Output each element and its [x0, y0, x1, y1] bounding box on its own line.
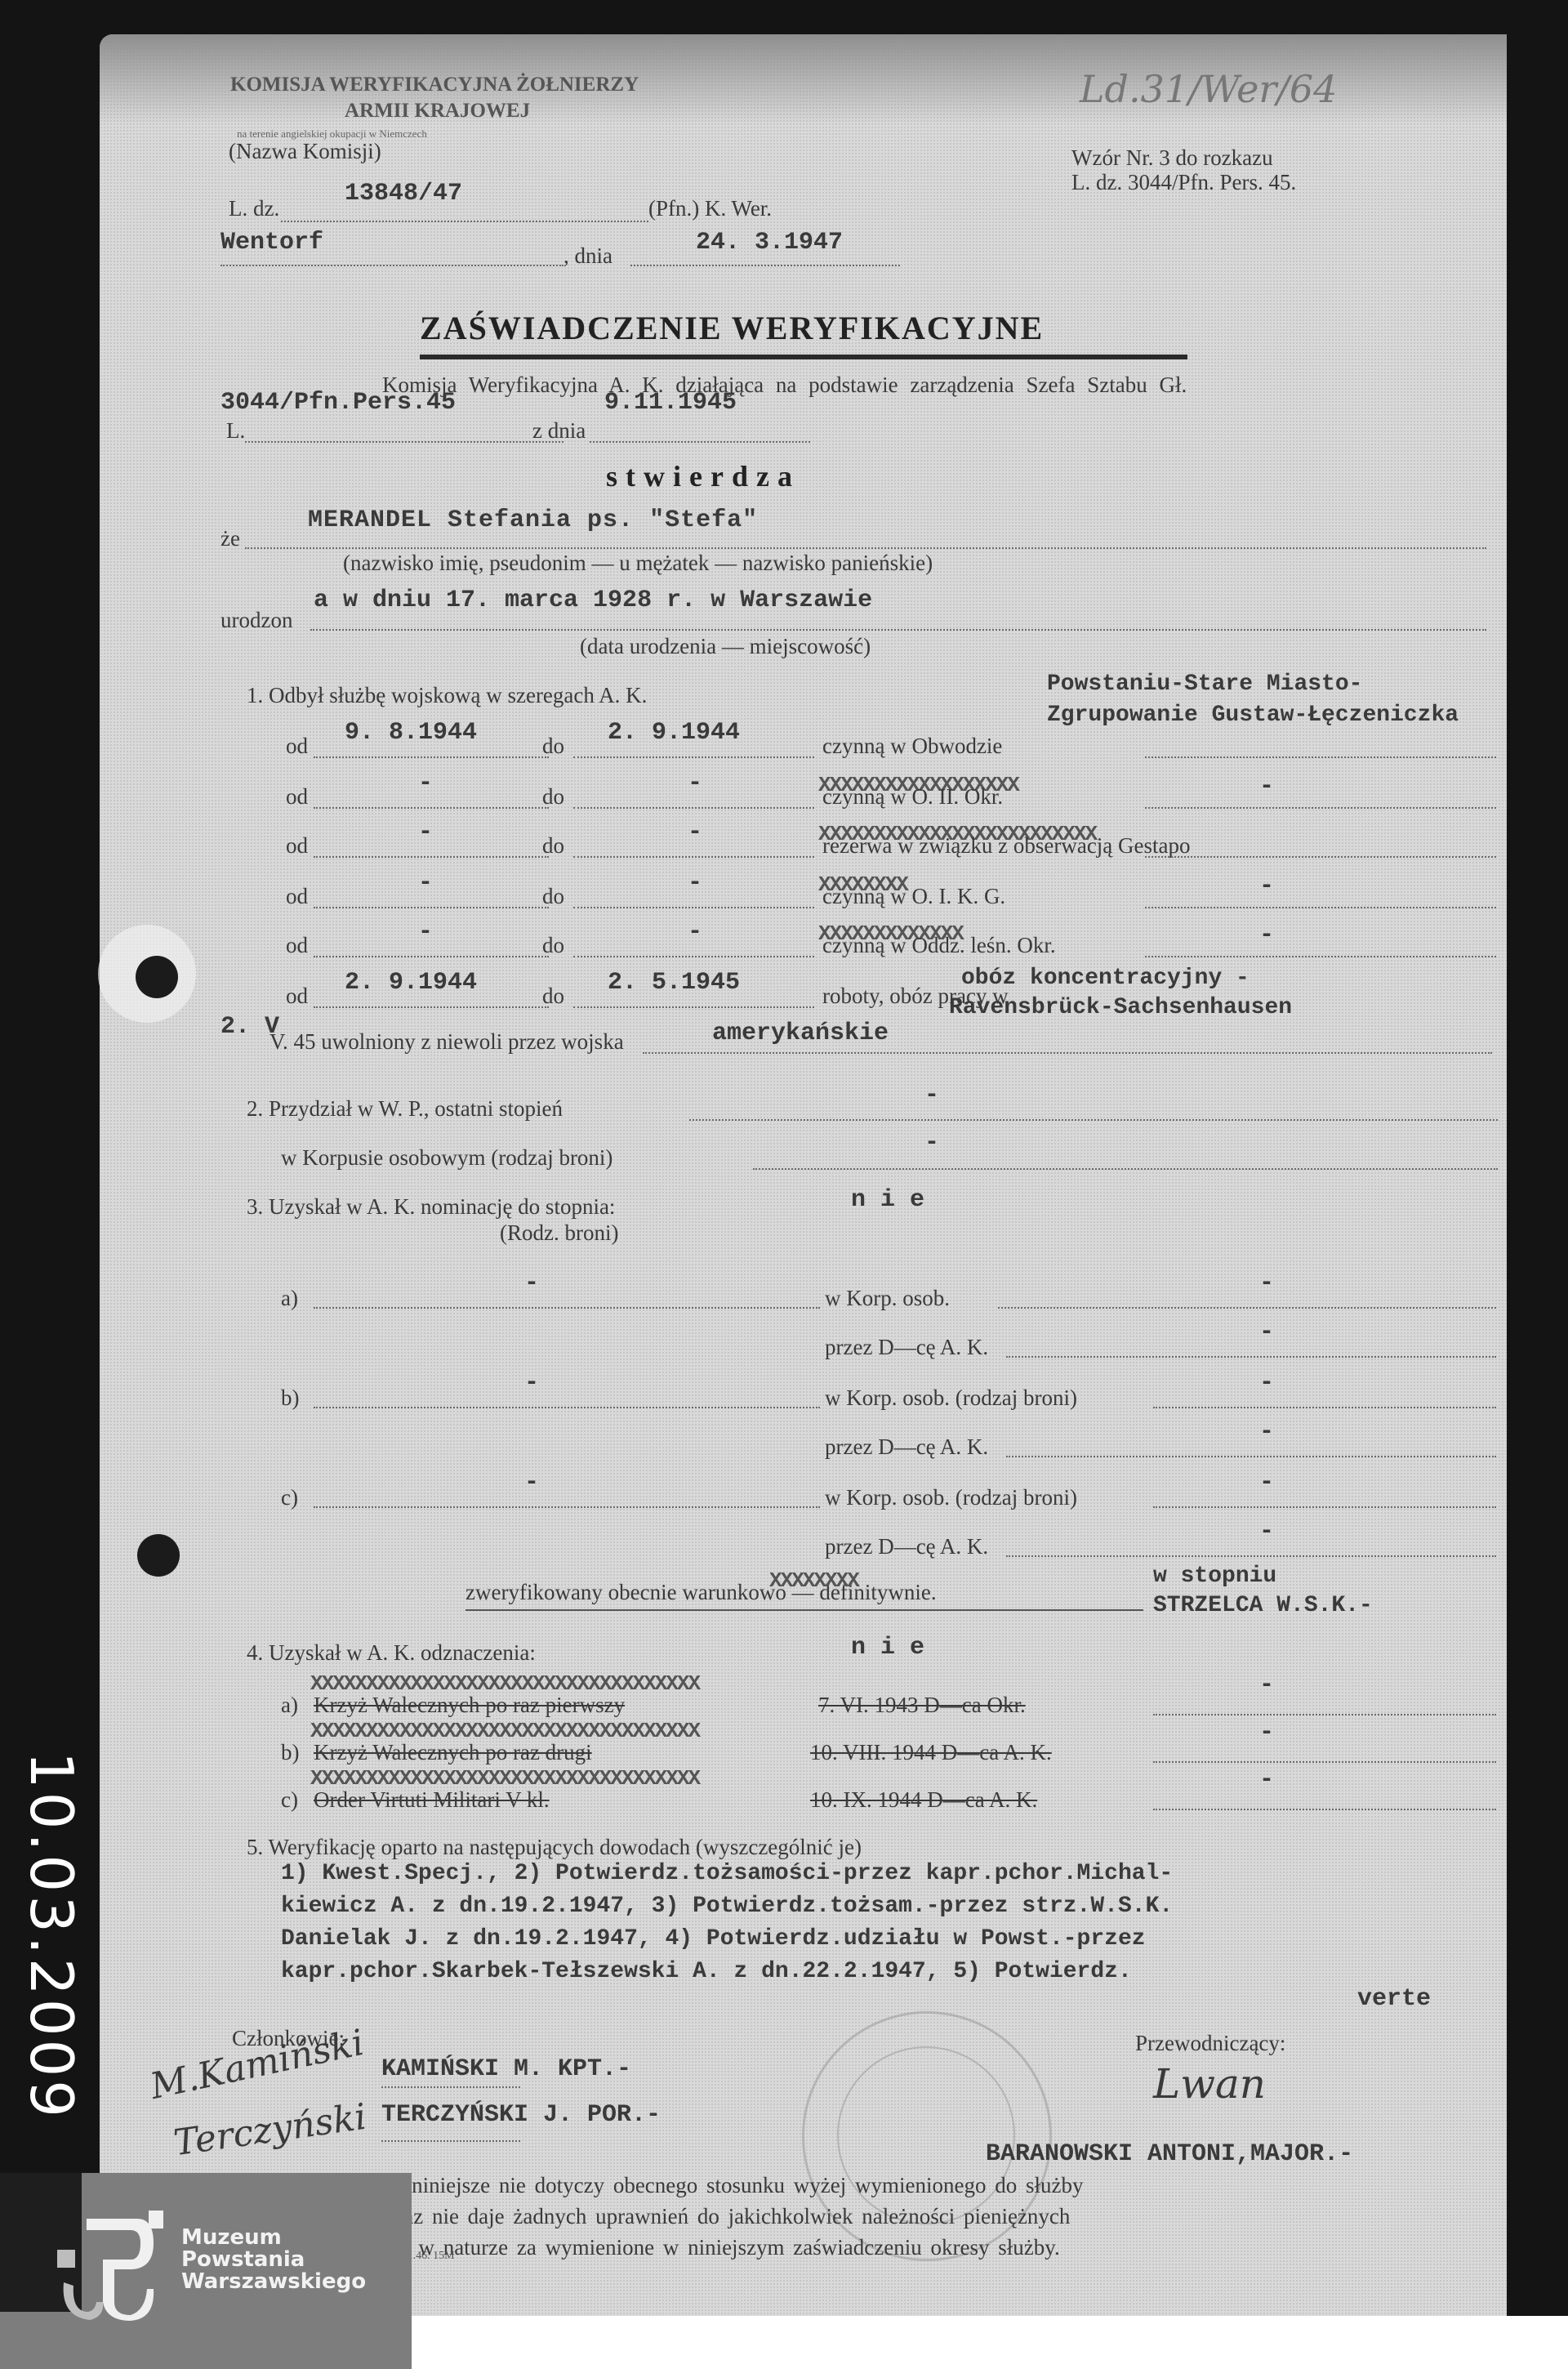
nomination-letter: c): [281, 1485, 298, 1510]
od-value: -: [418, 819, 433, 846]
rank-line-1: w stopniu: [1153, 1564, 1276, 1589]
desc-line: [1145, 756, 1496, 758]
service-description: czynną w Obwodzie: [822, 734, 1002, 759]
commission-name-caption: (Nazwa Komisji): [229, 139, 381, 164]
ldz-label: L. dz.: [229, 196, 279, 221]
commission-name-line-1: KOMISJA WERYFIKACYJNA ŻOŁNIERZY: [230, 74, 639, 96]
section-4-value: n i e: [851, 1634, 924, 1662]
order-number-label: L.: [226, 418, 245, 444]
korp-label: w Korp. osob. (rodzaj broni): [825, 1385, 1077, 1411]
handwritten-reference: Ld.31/Wer/64: [1080, 67, 1337, 111]
right-value: -: [1259, 872, 1274, 900]
service-description: czynną w O. II. Okr.: [822, 784, 1003, 810]
nomination-line: [314, 1307, 820, 1309]
od-line: [314, 907, 549, 908]
evidence-line: 1) Kwest.Specj., 2) Potwierdz.tożsamości…: [281, 1861, 1173, 1886]
od-value: -: [418, 869, 433, 897]
service-description: czynną w Oddz. leśn. Okr.: [822, 933, 1056, 958]
verified-label: zweryfikowany obecnie warunkowo — defini…: [465, 1580, 937, 1605]
korp-line: [1153, 1506, 1496, 1508]
evidence-line: kiewicz A. z dn.19.2.1947, 3) Potwierdz.…: [281, 1894, 1173, 1919]
od-line: [314, 956, 549, 957]
korp-value: -: [1259, 1369, 1274, 1397]
service-description: czynną w O. I. K. G.: [822, 884, 1005, 909]
do-label: do: [542, 884, 564, 909]
od-label: od: [286, 933, 308, 958]
verte-label: verte: [1357, 1985, 1431, 2013]
przez-label: przez D—cę A. K.: [825, 1335, 988, 1360]
right-value: -: [1259, 921, 1274, 949]
do-value: 2. 9.1944: [608, 719, 740, 747]
birth-caption: (data urodzenia — miejscowość): [580, 634, 871, 659]
do-label: do: [542, 984, 564, 1009]
od-line: [314, 756, 549, 758]
date-label: , dnia: [563, 243, 612, 269]
od-line: [314, 1006, 549, 1008]
member-line-1: [381, 2086, 520, 2088]
birth-line: [310, 629, 1486, 631]
od-value: -: [418, 918, 433, 946]
ze-label: że: [220, 526, 240, 551]
do-line: [573, 807, 814, 809]
section-2-value: -: [924, 1082, 939, 1109]
verified-struck-marks: XXXXXXXX: [769, 1568, 858, 1593]
camp-line-2: Ravensbrück-Sachsenhausen: [949, 995, 1292, 1020]
od-label: od: [286, 984, 308, 1009]
przez-value: -: [1259, 1318, 1274, 1346]
service-description: rezerwa w związku z obserwacją Gestapo: [822, 833, 1191, 859]
date-value: 24. 3.1947: [696, 229, 843, 257]
desc-line: [1145, 807, 1496, 809]
decoration-value: -: [1259, 1719, 1274, 1747]
ldz-value: 13848/47: [345, 180, 462, 207]
ldz-suffix: (Pfn.) K. Wer.: [648, 196, 772, 221]
document-title: ZAŚWIADCZENIE WERYFIKACYJNE: [420, 309, 1044, 347]
order-number-line: [245, 441, 563, 443]
place-value: Wentorf: [220, 229, 323, 257]
chair-label: Przewodniczący:: [1135, 2031, 1285, 2056]
do-label: do: [542, 784, 564, 810]
do-line: [573, 956, 814, 957]
unit-note-line-2: Zgrupowanie Gustaw-Łęczeniczka: [1047, 703, 1459, 728]
rank-line-2: STRZELCA W.S.K.-: [1153, 1593, 1373, 1618]
decoration-date: 10. IX. 1944 D—ca A. K.: [810, 1787, 1037, 1813]
do-line: [573, 756, 814, 758]
nomination-line: [314, 1506, 820, 1508]
nomination-value: -: [524, 1269, 539, 1297]
member-name-1: KAMIŃSKI M. KPT.-: [381, 2055, 631, 2083]
do-label: do: [542, 833, 564, 859]
decoration-value: -: [1259, 1671, 1274, 1699]
do-value: -: [688, 819, 702, 846]
member-name-2: TERCZYŃSKI J. POR.-: [381, 2101, 661, 2129]
stwierdza-heading: stwierdza: [606, 459, 800, 493]
do-label: do: [542, 734, 564, 759]
decoration-line: [1153, 1714, 1496, 1715]
od-line: [314, 807, 549, 809]
section-2-line: [689, 1119, 1498, 1121]
unit-note-line-1: Powstaniu-Stare Miasto-: [1047, 671, 1362, 697]
korp-value: -: [1259, 1269, 1274, 1297]
korp-label: w Korp. osob.: [825, 1286, 950, 1311]
nomination-value: -: [524, 1469, 539, 1497]
decoration-letter: c): [281, 1787, 298, 1813]
korpus-value: -: [924, 1129, 939, 1157]
do-value: -: [688, 770, 702, 797]
od-value: 2. 9.1944: [345, 969, 477, 997]
section-1-label: 1. Odbył służbę wojskową w szeregach A. …: [247, 683, 647, 708]
przez-label: przez D—cę A. K.: [825, 1534, 988, 1559]
name-line: [245, 547, 1486, 549]
nomination-letter: b): [281, 1385, 300, 1411]
section-4-label: 4. Uzyskał w A. K. odznaczenia:: [247, 1640, 536, 1666]
section-3-label: 3. Uzyskał w A. K. nominację do stopnia:: [247, 1194, 615, 1220]
przez-line: [1006, 1456, 1496, 1457]
verified-underline: [465, 1609, 1143, 1611]
do-value: 2. 5.1945: [608, 969, 740, 997]
ldz-line: [281, 221, 648, 222]
decoration-date: 10. VIII. 1944 D—ca A. K.: [810, 1740, 1052, 1765]
decoration-value: -: [1259, 1766, 1274, 1794]
nomination-value: -: [524, 1369, 539, 1397]
przez-value: -: [1259, 1418, 1274, 1446]
nomination-line: [314, 1407, 820, 1408]
chair-signature: Lwan: [1153, 2060, 1266, 2108]
liberation-label: V. 45 uwolniony z niewoli przez wojska: [269, 1029, 624, 1055]
decoration-name: Krzyż Walecznych po raz pierwszy: [314, 1693, 625, 1718]
section-3-value: n i e: [851, 1186, 924, 1214]
museum-logo-text: Muzeum Powstania Warszawskiego: [181, 2227, 366, 2293]
kotwica-anchor-icon: [57, 2211, 163, 2321]
birth-value: a w dniu 17. marca 1928 r. w Warszawie: [314, 587, 872, 614]
desc-line: [1145, 956, 1496, 957]
do-value: -: [688, 869, 702, 897]
camp-line-1: obóz koncentracyjny -: [961, 966, 1249, 991]
liberation-value: amerykańskie: [712, 1019, 889, 1047]
section-3-caption: (Rodz. broni): [500, 1220, 618, 1246]
title-underline: [420, 355, 1187, 359]
person-name-value: MERANDEL Stefania ps. "Stefa": [308, 506, 758, 534]
name-caption: (nazwisko imię, pseudonim — u mężatek — …: [343, 551, 933, 576]
przez-line: [1006, 1555, 1496, 1557]
liberation-line: [643, 1052, 1492, 1054]
decoration-line: [1153, 1809, 1496, 1810]
od-label: od: [286, 884, 308, 909]
przez-value: -: [1259, 1518, 1274, 1546]
od-line: [314, 856, 549, 858]
desc-line: [1145, 907, 1496, 908]
intro-text: Komisja Weryfikacyjna A. K. działająca n…: [382, 373, 1187, 398]
member-line-2: [381, 2140, 520, 2142]
commission-name-line-2: ARMII KRAJOWEJ: [345, 100, 530, 123]
decoration-letter: a): [281, 1693, 298, 1718]
decoration-name: Krzyż Walecznych po raz drugi: [314, 1740, 592, 1765]
chair-name: BARANOWSKI ANTONI,MAJOR.-: [986, 2140, 1353, 2168]
od-label: od: [286, 734, 308, 759]
do-value: -: [688, 918, 702, 946]
section-5-label: 5. Weryfikację oparto na następujących d…: [247, 1835, 862, 1860]
member-signature-2: Terczyński: [171, 2096, 369, 2165]
od-value: 9. 8.1944: [345, 719, 477, 747]
logo-line-1: Muzeum: [181, 2227, 366, 2249]
logo-line-2: Powstania: [181, 2249, 366, 2271]
do-line: [573, 856, 814, 858]
korp-label: w Korp. osob. (rodzaj broni): [825, 1485, 1077, 1510]
do-line: [573, 1006, 814, 1008]
evidence-line: kapr.pchor.Skarbek-Tełszewski A. z dn.22…: [281, 1959, 1132, 1984]
section-2-label: 2. Przydział w W. P., ostatni stopień: [247, 1096, 563, 1122]
korp-line: [1153, 1407, 1496, 1408]
decoration-letter: b): [281, 1740, 300, 1765]
korpus-line: [753, 1168, 1498, 1170]
date-line: [630, 265, 900, 266]
order-number-value: 3044/Pfn.Pers.45: [220, 389, 456, 417]
decoration-date: 7. VI. 1943 D—ca Okr.: [818, 1693, 1026, 1718]
korpus-label: w Korpusie osobowym (rodzaj broni): [281, 1145, 612, 1171]
desc-line: [1145, 856, 1496, 858]
evidence-line: Danielak J. z dn.19.2.1947, 4) Potwierdz…: [281, 1926, 1146, 1952]
certificate-page: KOMISJA WERYFIKACYJNA ŻOŁNIERZY ARMII KR…: [100, 34, 1507, 2316]
urodzon-label: urodzon: [220, 608, 292, 633]
korp-line: [998, 1307, 1496, 1309]
decoration-line: [1153, 1761, 1496, 1763]
order-date-value: 9.11.1945: [604, 389, 737, 417]
punch-hole-top: [136, 956, 178, 998]
przez-line: [1006, 1356, 1496, 1358]
nomination-letter: a): [281, 1286, 298, 1311]
punch-hole-bottom: [137, 1534, 180, 1577]
place-line: [220, 265, 563, 266]
form-reference-line-1: Wzór Nr. 3 do rozkazu: [1071, 145, 1273, 171]
order-date-line: [590, 441, 810, 443]
przez-label: przez D—cę A. K.: [825, 1434, 988, 1460]
scan-date-stamp: 10.03.2009: [15, 1724, 88, 2148]
od-label: od: [286, 784, 308, 810]
logo-line-3: Warszawskiego: [181, 2271, 366, 2293]
form-reference-line-2: L. dz. 3044/Pfn. Pers. 45.: [1071, 170, 1296, 195]
order-date-label: z dnia: [532, 418, 586, 444]
decoration-name: Order Virtuti Militari V kl.: [314, 1787, 550, 1813]
do-label: do: [542, 933, 564, 958]
do-line: [573, 907, 814, 908]
od-label: od: [286, 833, 308, 859]
korp-value: -: [1259, 1469, 1274, 1497]
scan-date-text: 10.03.2009: [17, 1751, 86, 2121]
right-value: -: [1259, 773, 1274, 801]
od-value: -: [418, 770, 433, 797]
